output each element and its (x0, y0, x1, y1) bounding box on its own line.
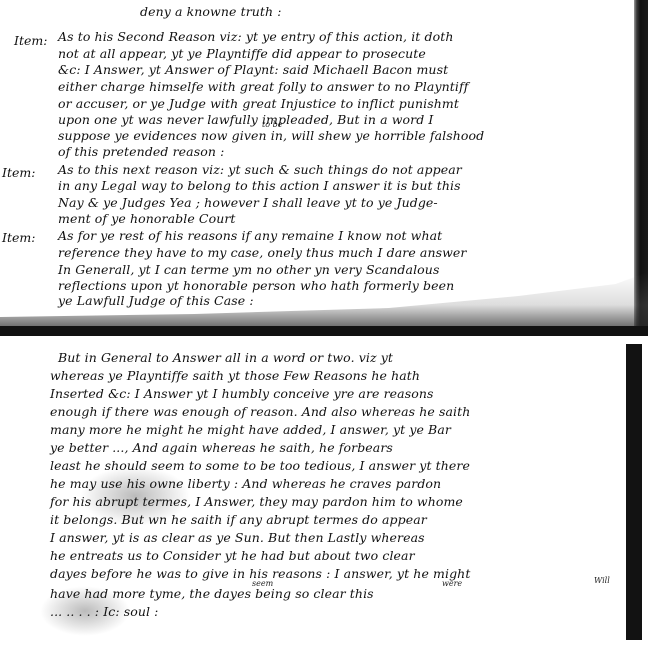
interlinear-insert: Will (594, 576, 610, 585)
manuscript-line: whereas ye Playntiffe saith yt those Few… (50, 368, 420, 383)
manuscript-line: As to this next reason viz: yt such & su… (58, 162, 462, 177)
manuscript-line: enough if there was enough of reason. An… (50, 404, 470, 419)
manuscript-line: As for ye rest of his reasons if any rem… (58, 228, 442, 243)
item-label: Item: (14, 33, 47, 48)
item-label: Item: (2, 165, 35, 180)
manuscript-line: ye Lawfull Judge of this Case : (58, 293, 254, 308)
manuscript-line: &c: I Answer, yt Answer of Playnt: said … (58, 62, 448, 77)
manuscript-line: many more he might he might have added, … (50, 422, 451, 437)
manuscript-line: upon one yt was never lawfully impleaded… (58, 112, 433, 127)
manuscript-line: in any Legal way to belong to this actio… (58, 178, 461, 193)
manuscript-line: reference they have to my case, onely th… (58, 245, 467, 260)
manuscript-fragment-bottom: But in General to Answer all in a word o… (0, 336, 648, 646)
manuscript-line: As to his Second Reason viz: yt ye entry… (58, 29, 454, 44)
manuscript-fragment-top: deny a knowne truth : Item: As to his Se… (0, 0, 648, 332)
manuscript-line: or accuser, or ye Judge with great Injus… (58, 96, 459, 111)
manuscript-line: have had more tyme, the dayes being so c… (50, 586, 374, 601)
manuscript-line: ye better ..., And again whereas he sait… (50, 440, 393, 455)
manuscript-line: Nay & ye Judges Yea ; however I shall le… (58, 195, 438, 210)
manuscript-line: it belongs. But wn he saith if any abrup… (50, 512, 427, 527)
manuscript-line: not at all appear, yt ye Playntiffe did … (58, 46, 426, 61)
manuscript-line: of this pretended reason : (58, 144, 224, 159)
item-label: Item: (2, 230, 35, 245)
interlinear-insert: were (442, 579, 462, 588)
manuscript-line: reflections upon yt honorable person who… (58, 278, 454, 293)
manuscript-line: suppose ye evidences now given in, will … (58, 128, 484, 143)
manuscript-line: deny a knowne truth : (140, 4, 282, 19)
manuscript-line: ... .. . . : Ic: soul : (50, 604, 159, 619)
page-edge-shadow (626, 344, 642, 640)
manuscript-line: for his abrupt termes, I Answer, they ma… (50, 494, 463, 509)
manuscript-line: he entreats us to Consider yt he had but… (50, 548, 415, 563)
manuscript-line: either charge himselfe with great folly … (58, 79, 468, 94)
manuscript-line: least he should seem to some to be too t… (50, 458, 470, 473)
fragment-divider (0, 326, 648, 336)
manuscript-line: But in General to Answer all in a word o… (58, 350, 393, 365)
manuscript-line: I answer, yt is as clear as ye Sun. But … (50, 530, 425, 545)
manuscript-line: In Generall, yt I can terme ym no other … (58, 262, 439, 277)
manuscript-line: Inserted &c: I Answer yt I humbly concei… (50, 386, 434, 401)
manuscript-line: ment of ye honorable Court (58, 211, 236, 226)
manuscript-line: he may use his owne liberty : And wherea… (50, 476, 441, 491)
